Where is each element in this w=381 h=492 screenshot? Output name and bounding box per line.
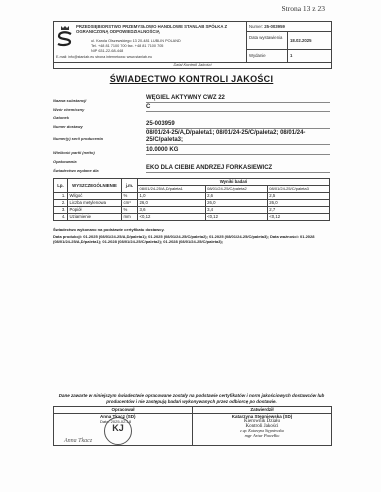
field-value: 25-003959 xyxy=(146,121,330,129)
page-title: ŚWIADECTWO KONTROLI JAKOŚCI xyxy=(53,74,330,84)
field-value: C xyxy=(146,104,330,112)
doc-number: Numer: 25-003959 xyxy=(247,22,331,32)
field-label: Opakowania xyxy=(53,159,77,164)
field-label: Nazwa substancji xyxy=(53,98,86,103)
document-meta: Numer: 25-003959 Data wystawienia 18.02.… xyxy=(247,22,331,62)
production-dates-note: Data produkcji: 01.2025 (08/01/24-25/A,D… xyxy=(53,234,330,244)
prepared-signature: Anna Tkacz xyxy=(64,438,92,444)
edition: Wydanie 1 xyxy=(247,50,331,62)
document-header: PRZEDSIĘBIORSTWO PRZEMYSŁOWO HANDLOWE ST… xyxy=(53,21,332,63)
company-email: E-mail: info@stanlab.eu strona interneto… xyxy=(56,55,152,59)
field-label: Numer dostawy xyxy=(53,124,83,129)
table-header-row: Lp. WYSZCZEGÓLNIENIE j.m. Wyniki badań xyxy=(54,179,330,186)
field-label: Gatunek xyxy=(53,115,69,120)
table-row: 2.Liczba metylenowacm³26,026,026,0 xyxy=(54,200,330,207)
field-value: 10.0000 KG xyxy=(146,147,330,155)
field-value: WĘGIEL AKTYWNY CWZ 22 xyxy=(146,95,330,103)
results-table: Lp. WYSZCZEGÓLNIENIE j.m. Wyniki badań 0… xyxy=(53,178,330,221)
signature-block: Opracował Zatwierdził Anna Tkacz (SD) Da… xyxy=(53,406,332,446)
table-row: 3.Popiół%3,63,42,7 xyxy=(54,207,330,214)
field-label: Numer(y) serii producenta xyxy=(53,136,103,141)
company-address: ul. Karola Olszewskiego 13 20-481 LUBLIN… xyxy=(91,39,181,53)
field-label: Świadectwo wydane dla xyxy=(53,168,99,173)
company-logo-icon xyxy=(56,25,74,47)
company-info: PRZEDSIĘBIORSTWO PRZEMYSŁOWO HANDLOWE ST… xyxy=(54,22,247,62)
quality-stamp: KJ xyxy=(104,417,132,445)
field-label: Wielkość partii (netto) xyxy=(53,150,95,155)
table-row: 4.Uziarnieniemm<0,12<0,12<0,12 xyxy=(54,214,330,221)
certificate-basis-note: Świadectwo wykonano na podstawie certyfi… xyxy=(53,227,165,232)
disclaimer: Dane zawarte w niniejszym świadectwie op… xyxy=(53,393,330,404)
prepared-by-section: Anna Tkacz (SD) Data: 2025-02-18 KJ Anna… xyxy=(54,413,193,445)
department: Dział Kontroli Jakości xyxy=(53,62,332,69)
field-value: EKO DLA CIEBIE ANDRZEJ FORKASIEWICZ xyxy=(146,165,330,173)
table-row: 1.Wilgoć%1,02,62,5 xyxy=(54,193,330,200)
page-number: Strona 13 z 23 xyxy=(281,4,325,13)
field-value: 08/01/24-25/A,D/paleta1; 08/01/24-25/C/p… xyxy=(146,130,330,145)
company-name: PRZEDSIĘBIORSTWO PRZEMYSŁOWO HANDLOWE ST… xyxy=(76,24,227,35)
field-label: Wzór chemiczny xyxy=(53,107,84,112)
approved-by-section: Katarzyna Stępniewska (SD) Kierownik Dzi… xyxy=(193,413,331,445)
issue-date: Data wystawienia 18.02.2025 xyxy=(247,32,331,50)
